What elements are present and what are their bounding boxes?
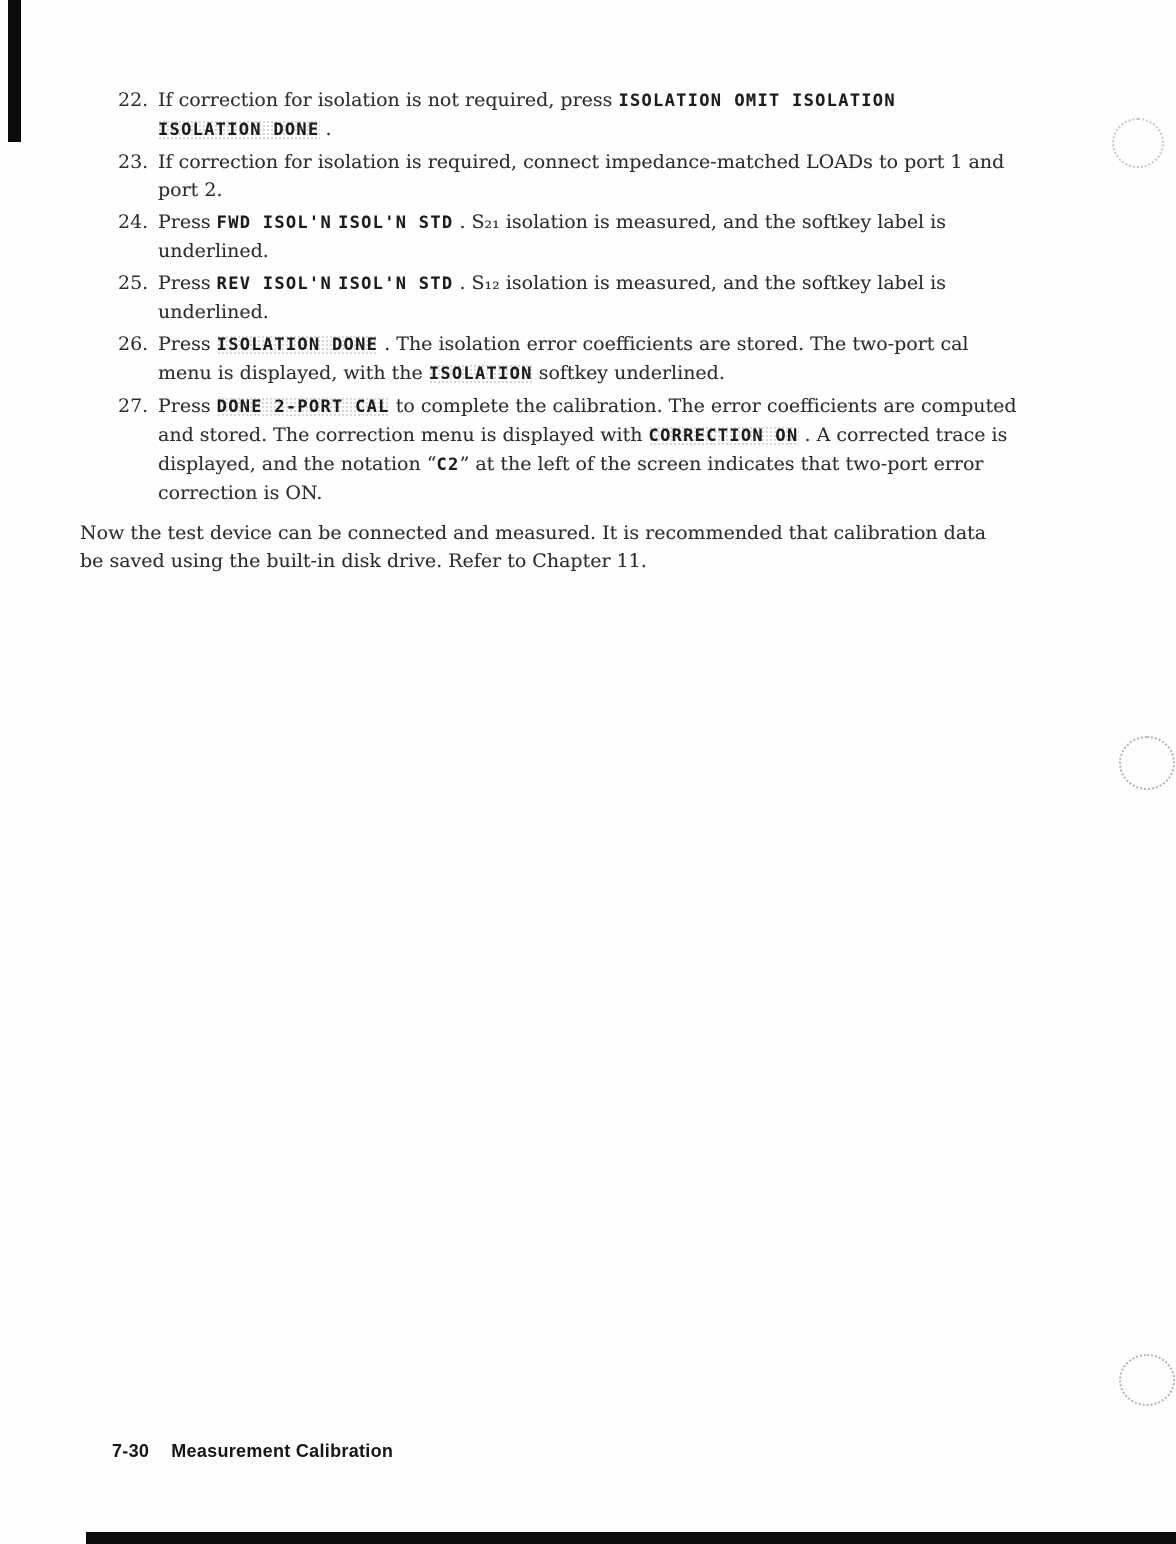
step-number: 23. (118, 148, 158, 204)
softkey-label: FWD ISOL'N (217, 213, 332, 233)
step-text: displayed, and the notation “ (158, 453, 436, 475)
step-number: 25. (118, 269, 158, 326)
document-page: 22.If correction for isolation is not re… (0, 0, 1176, 1544)
softkey-label: ISOLATION (618, 91, 722, 111)
procedure-step: 27.Press DONE 2-PORT CAL to complete the… (118, 392, 1048, 507)
softkey-label: REV ISOL'N (217, 274, 332, 294)
scan-edge-bar-bottom (86, 1532, 1176, 1544)
step-text-body: Press REV ISOL'N ISOL'N STD . S₁₂ isolat… (158, 269, 1048, 326)
step-text: . (320, 118, 332, 140)
step-text: menu is displayed, with the (158, 362, 429, 384)
step-text-body: Press ISOLATION DONE . The isolation err… (158, 330, 1048, 388)
procedure-step: 22.If correction for isolation is not re… (118, 86, 1048, 144)
step-text: Press (158, 395, 217, 417)
step-text-body: If correction for isolation is required,… (158, 148, 1048, 204)
step-text: . S₂₁ isolation is measured, and the sof… (453, 211, 946, 233)
step-text: If correction for isolation is required,… (158, 151, 1004, 173)
step-text-body: Press FWD ISOL'N ISOL'N STD . S₂₁ isolat… (158, 208, 1048, 265)
closing-paragraph: Now the test device can be connected and… (80, 519, 1048, 575)
softkey-label: C2 (436, 455, 459, 475)
softkey-label: ISOLATION DONE (158, 120, 320, 140)
step-number: 26. (118, 330, 158, 388)
punch-hole-mark (1119, 736, 1175, 790)
procedure-steps: 22.If correction for isolation is not re… (118, 86, 1048, 507)
step-text: ” at the left of the screen indicates th… (460, 453, 984, 475)
step-text: and stored. The correction menu is displ… (158, 424, 649, 446)
step-text-body: If correction for isolation is not requi… (158, 86, 1048, 144)
softkey-label: OMIT ISOLATION (734, 91, 896, 111)
scan-edge-bar-left (8, 0, 21, 142)
punch-hole-mark (1119, 1354, 1175, 1406)
step-text: port 2. (158, 179, 223, 201)
procedure-step: 25.Press REV ISOL'N ISOL'N STD . S₁₂ iso… (118, 269, 1048, 326)
step-number: 24. (118, 208, 158, 265)
step-text: Press (158, 211, 217, 233)
footer-section-title: Measurement Calibration (171, 1441, 393, 1461)
step-text: . A corrected trace is (799, 424, 1008, 446)
softkey-label: ISOLATION DONE (217, 335, 379, 355)
softkey-label: ISOLATION (429, 364, 533, 384)
punch-hole-mark (1112, 118, 1164, 168)
step-text: to complete the calibration. The error c… (390, 395, 1017, 417)
closing-line: Now the test device can be connected and… (80, 522, 986, 544)
step-text: underlined. (158, 240, 269, 262)
step-text: Press (158, 272, 217, 294)
step-text: If correction for isolation is not requi… (158, 89, 618, 111)
procedure-step: 23.If correction for isolation is requir… (118, 148, 1048, 204)
step-text: Press (158, 333, 217, 355)
softkey-label: CORRECTION ON (649, 426, 799, 446)
page-number: 7-30 (112, 1441, 149, 1461)
step-text-body: Press DONE 2-PORT CAL to complete the ca… (158, 392, 1048, 507)
page-footer: 7-30Measurement Calibration (112, 1441, 393, 1462)
step-number: 22. (118, 86, 158, 144)
step-text: underlined. (158, 301, 269, 323)
step-text: softkey underlined. (533, 362, 725, 384)
procedure-step: 24.Press FWD ISOL'N ISOL'N STD . S₂₁ iso… (118, 208, 1048, 265)
page-content: 22.If correction for isolation is not re… (118, 86, 1048, 594)
step-text: . S₁₂ isolation is measured, and the sof… (453, 272, 946, 294)
softkey-label: ISOL'N STD (338, 274, 453, 294)
step-text (722, 89, 734, 111)
softkey-label: ISOL'N STD (338, 213, 453, 233)
step-text: correction is ON. (158, 482, 322, 504)
procedure-step: 26.Press ISOLATION DONE . The isolation … (118, 330, 1048, 388)
softkey-label: DONE 2-PORT CAL (217, 397, 390, 417)
closing-line: be saved using the built-in disk drive. … (80, 550, 647, 572)
step-number: 27. (118, 392, 158, 507)
step-text: . The isolation error coefficients are s… (378, 333, 968, 355)
